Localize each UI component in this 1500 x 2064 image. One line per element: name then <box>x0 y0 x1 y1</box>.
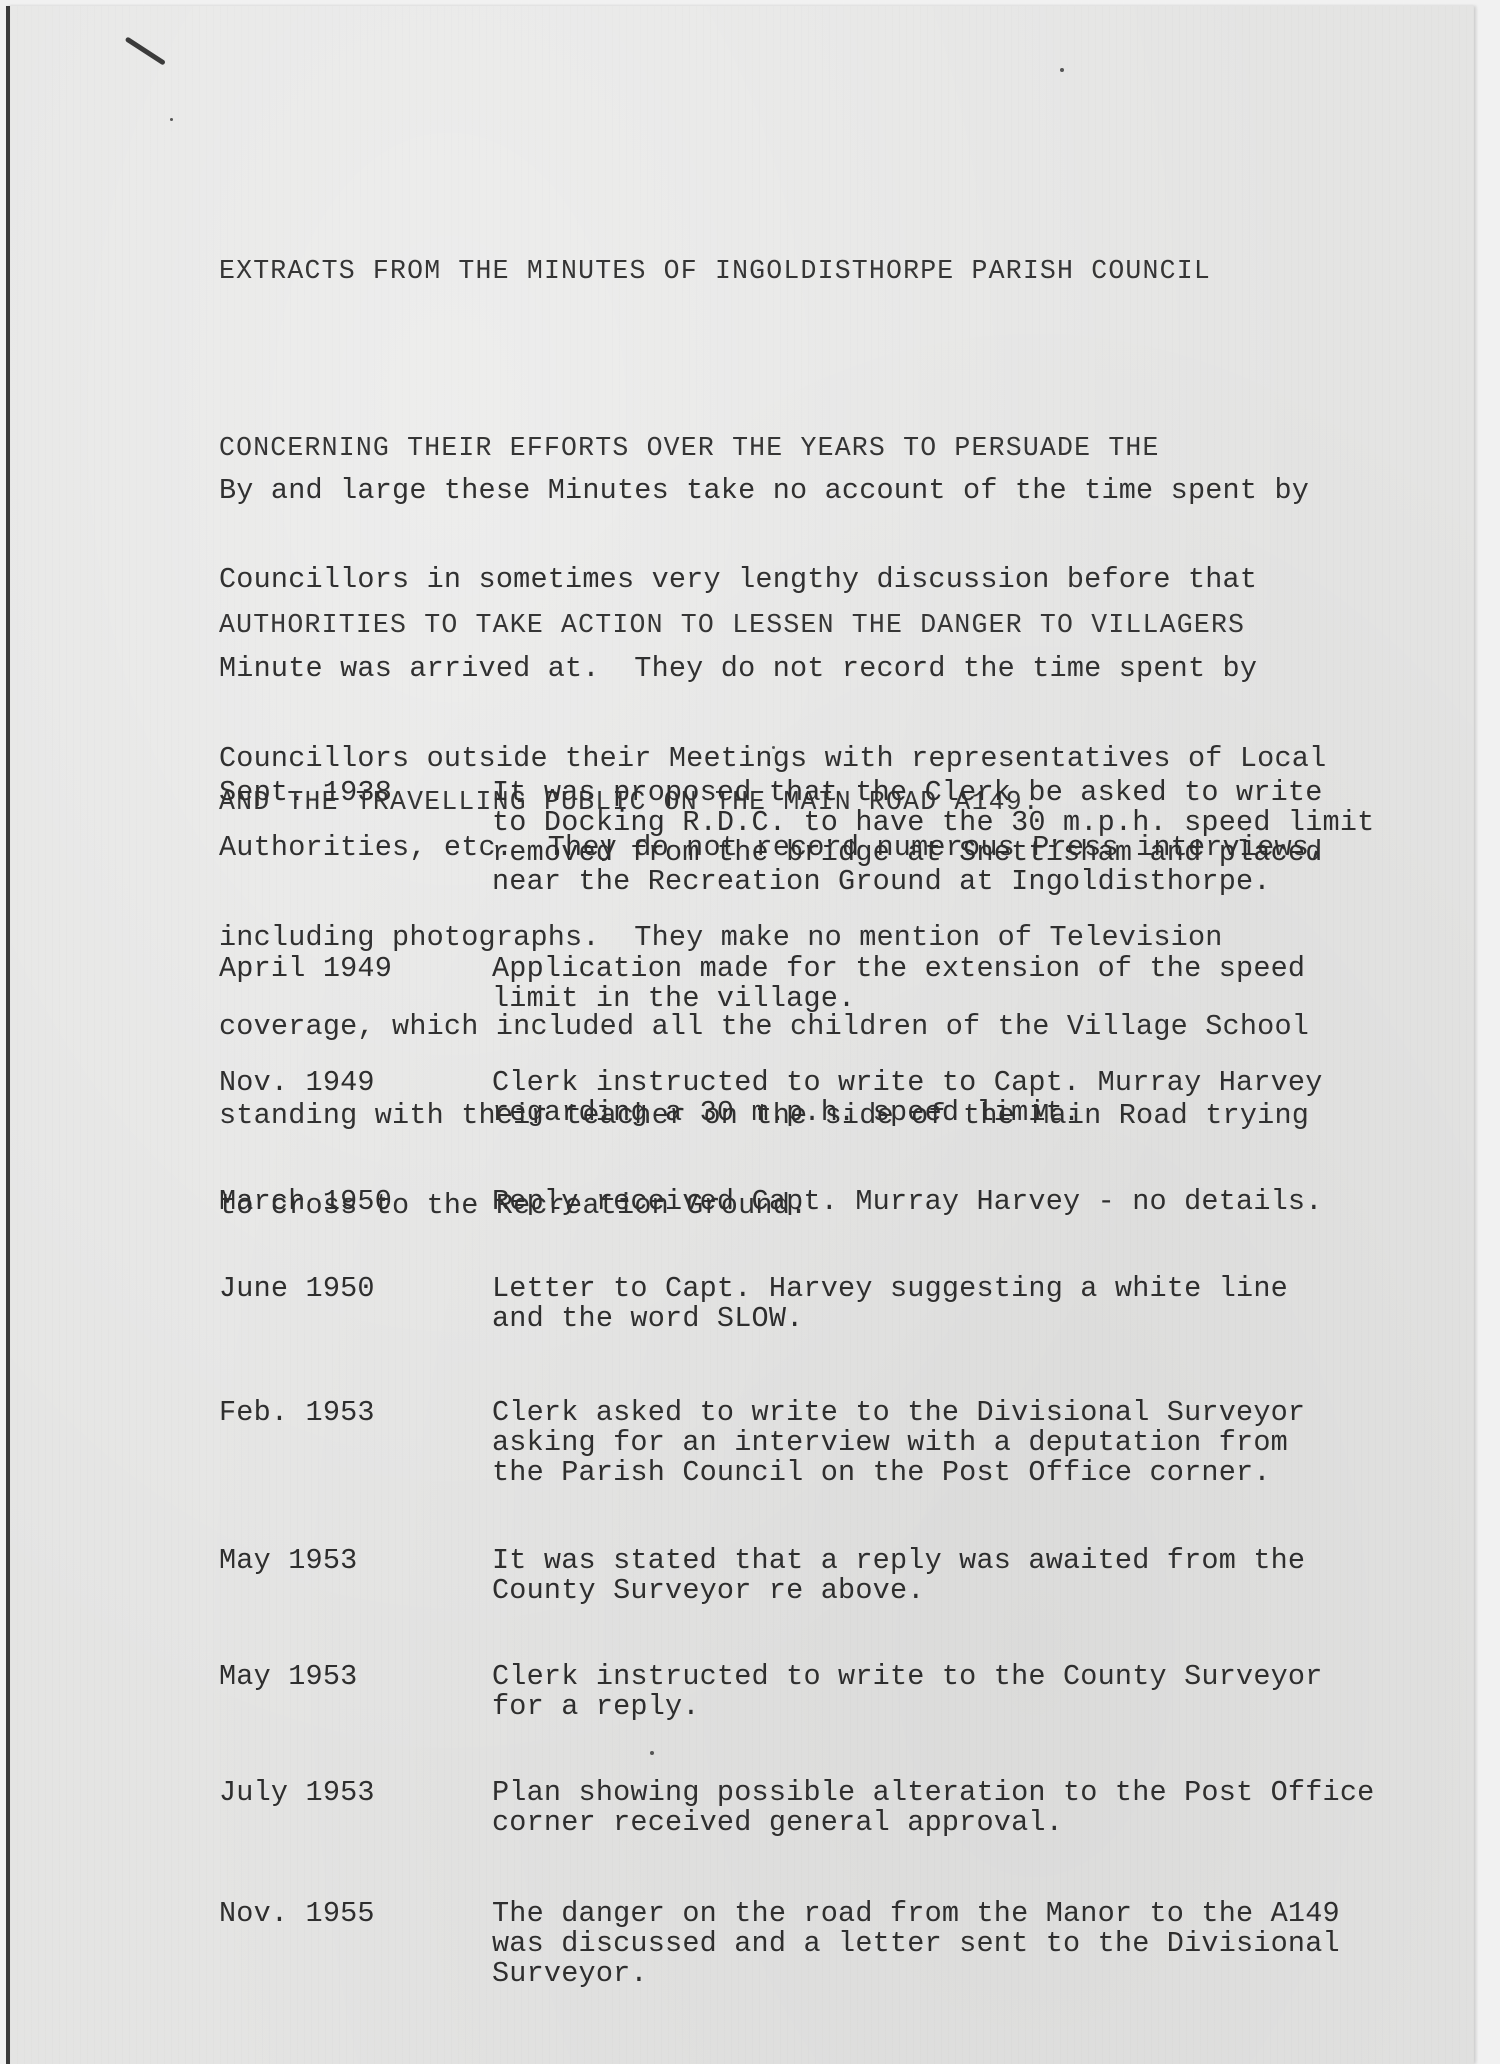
entry-text-line: Reply received Capt. Murray Harvey - no … <box>492 1187 1323 1217</box>
typed-document-page: EXTRACTS FROM THE MINUTES OF INGOLDISTHO… <box>6 6 1474 2064</box>
entry-text-line: regarding a 30 m.p.h. speed limit. <box>492 1098 1323 1128</box>
entry-text-line: Clerk instructed to write to the County … <box>492 1662 1323 1692</box>
entry-text-line: for a reply. <box>492 1692 1323 1722</box>
entry-text-line: It was stated that a reply was awaited f… <box>492 1546 1305 1576</box>
entry-text-line: County Surveyor re above. <box>492 1576 1305 1606</box>
entry-text: It was proposed that the Clerk be asked … <box>492 778 1374 897</box>
entry-text-line: to Docking R.D.C. to have the 30 m.p.h. … <box>492 808 1374 838</box>
entry-text: Reply received Capt. Murray Harvey - no … <box>492 1187 1323 1217</box>
entry-text: Plan showing possible alteration to the … <box>492 1778 1374 1838</box>
entry-text: Application made for the extension of th… <box>492 954 1305 1014</box>
entry-date: March 1950 <box>219 1187 392 1217</box>
entry-text-line: Application made for the extension of th… <box>492 954 1305 984</box>
intro-line: coverage, which included all the childre… <box>219 1012 1326 1042</box>
entry-date: Nov. 1949 <box>219 1068 375 1098</box>
entry-text-line: and the word SLOW. <box>492 1304 1288 1334</box>
entry-text-line: limit in the village. <box>492 984 1305 1014</box>
entry-date: July 1953 <box>219 1778 375 1808</box>
entry-text: It was stated that a reply was awaited f… <box>492 1546 1305 1606</box>
entry-text-line: was discussed and a letter sent to the D… <box>492 1929 1340 1959</box>
entry-text: Clerk asked to write to the Divisional S… <box>492 1398 1305 1487</box>
entry-text-line: It was proposed that the Clerk be asked … <box>492 778 1374 808</box>
intro-line: including photographs. They make no ment… <box>219 923 1326 953</box>
entry-text-line: The danger on the road from the Manor to… <box>492 1899 1340 1929</box>
entry-date: May 1953 <box>219 1546 357 1576</box>
paper-speck <box>1060 68 1064 72</box>
entry-date: April 1949 <box>219 954 392 984</box>
entry-text-line: near the Recreation Ground at Ingoldisth… <box>492 867 1374 897</box>
entry-text: Letter to Capt. Harvey suggesting a whit… <box>492 1274 1288 1334</box>
paper-speck <box>650 1751 654 1755</box>
entry-text-line: the Parish Council on the Post Office co… <box>492 1458 1305 1488</box>
entry-text-line: asking for an interview with a deputatio… <box>492 1428 1305 1458</box>
intro-line: Councillors in sometimes very lengthy di… <box>219 565 1326 595</box>
intro-line: By and large these Minutes take no accou… <box>219 476 1326 506</box>
entry-text: The danger on the road from the Manor to… <box>492 1899 1340 1988</box>
entry-text: Clerk instructed to write to Capt. Murra… <box>492 1068 1323 1128</box>
entry-text-line: Plan showing possible alteration to the … <box>492 1778 1374 1808</box>
entry-date: Nov. 1955 <box>219 1899 375 1929</box>
entry-text-line: Letter to Capt. Harvey suggesting a whit… <box>492 1274 1288 1304</box>
entry-date: June 1950 <box>219 1274 375 1304</box>
entry-text-line: Surveyor. <box>492 1959 1340 1989</box>
staple-mark <box>125 36 166 65</box>
entry-text-line: Clerk instructed to write to Capt. Murra… <box>492 1068 1323 1098</box>
intro-line: Minute was arrived at. They do not recor… <box>219 654 1326 684</box>
paper-speck <box>170 118 173 121</box>
entry-text-line: Clerk asked to write to the Divisional S… <box>492 1398 1305 1428</box>
entry-text-line: corner received general approval. <box>492 1808 1374 1838</box>
entry-text: Clerk instructed to write to the County … <box>492 1662 1323 1722</box>
paper-speck <box>772 746 775 749</box>
entry-date: Sept. 1938 <box>219 778 392 808</box>
entry-text-line: removed from the bridge at Snettisham an… <box>492 838 1374 868</box>
entry-date: May 1953 <box>219 1662 357 1692</box>
entry-date: Feb. 1953 <box>219 1398 375 1428</box>
title-line: EXTRACTS FROM THE MINUTES OF INGOLDISTHO… <box>219 242 1245 301</box>
